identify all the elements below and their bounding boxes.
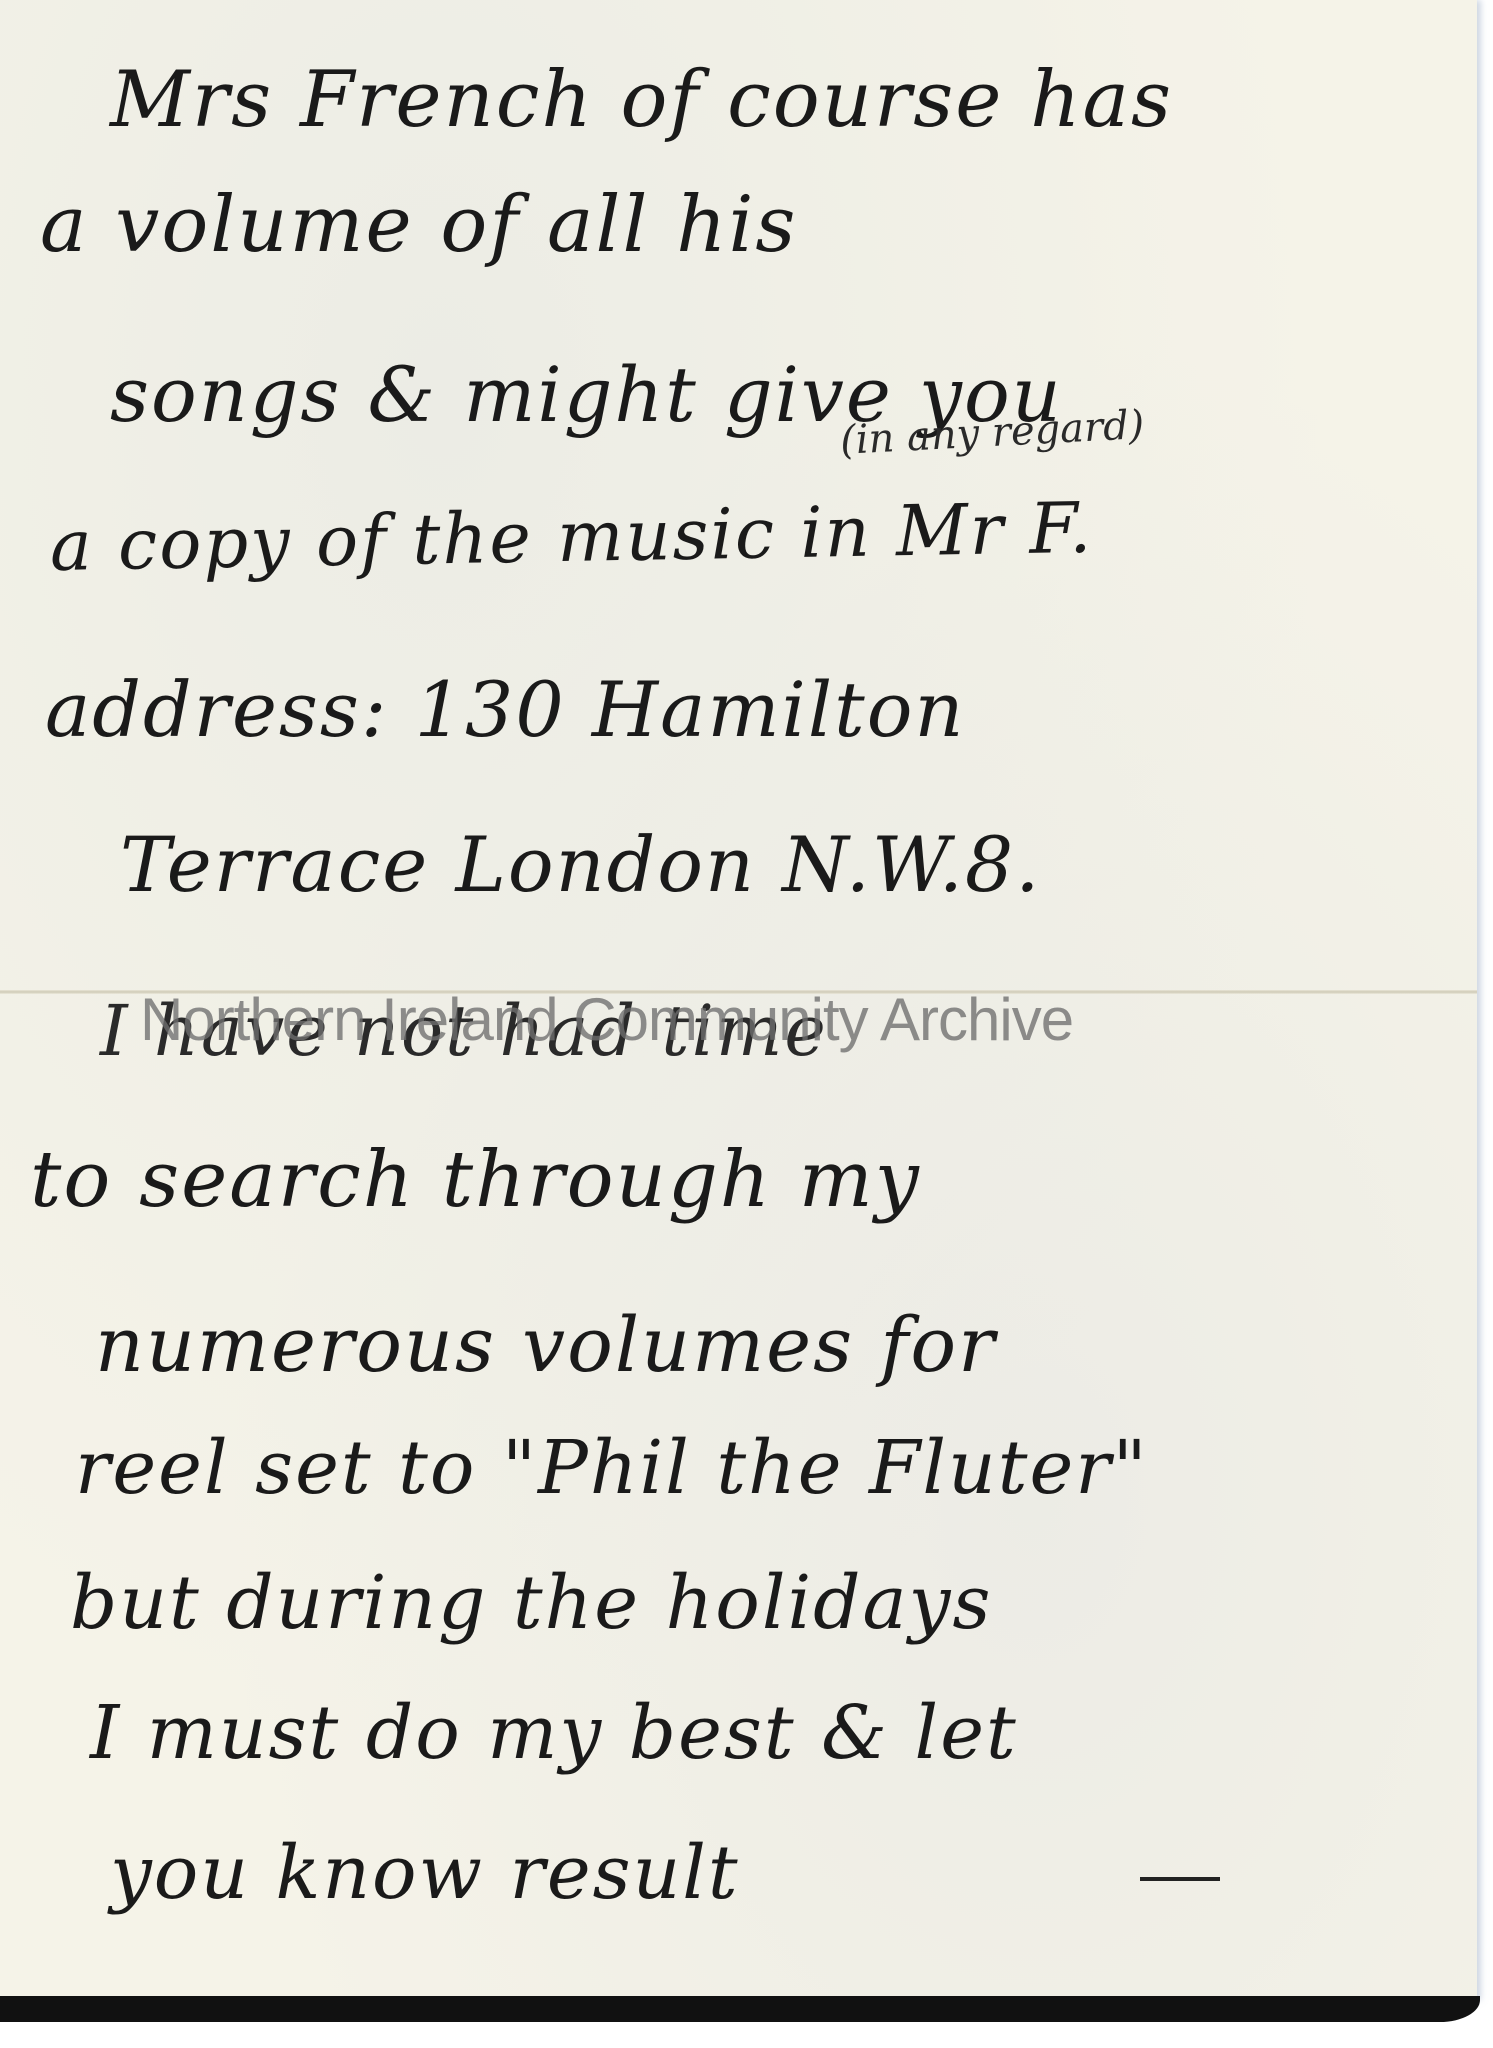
letter-line-8: to search through my: [30, 1135, 921, 1225]
page-bottom-edge: [0, 1996, 1480, 2022]
letter-line-10: reel set to "Phil the Fluter": [75, 1425, 1149, 1511]
letter-line-2: a volume of all his: [40, 180, 797, 270]
letter-line-1: Mrs French of course has: [110, 55, 1173, 145]
letter-line-9: numerous volumes for: [95, 1300, 997, 1389]
archive-watermark: Northern Ireland Community Archive: [140, 985, 1073, 1054]
letter-line-13: you know result: [110, 1830, 740, 1916]
letter-line-12: I must do my best & let: [90, 1690, 1018, 1776]
trailing-dash: [1140, 1877, 1220, 1881]
letter-line-4: a copy of the music in Mr F.: [49, 487, 1094, 587]
letter-line-11: but during the holidays: [70, 1560, 992, 1646]
letter-line-5: address: 130 Hamilton: [45, 665, 965, 754]
letter-line-6: Terrace London N.W.8.: [120, 820, 1041, 909]
